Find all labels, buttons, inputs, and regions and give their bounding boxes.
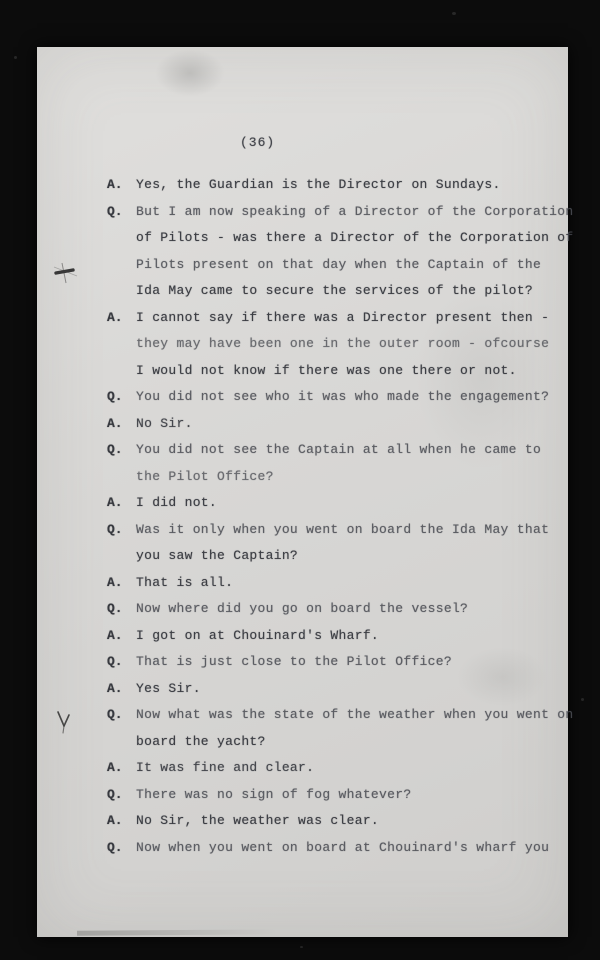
qa-entry: A. Yes Sir. xyxy=(107,676,557,703)
transcript-line: No Sir, the weather was clear. xyxy=(136,808,557,835)
smudge-mark-icon xyxy=(51,257,83,289)
qa-marker: Q. xyxy=(107,596,136,623)
qa-text: You did not see who it was who made the … xyxy=(136,384,557,411)
qa-entry: Q. Now where did you go on board the ves… xyxy=(107,596,557,623)
qa-entry: A. No Sir, the weather was clear. xyxy=(107,808,557,835)
qa-entry: A. I did not. xyxy=(107,490,557,517)
qa-entry: Q. That is just close to the Pilot Offic… xyxy=(107,649,557,676)
transcript-line: Now where did you go on board the vessel… xyxy=(136,596,557,623)
transcript-line: That is all. xyxy=(136,570,557,597)
qa-marker: A. xyxy=(107,411,136,438)
qa-text: Now what was the state of the weather wh… xyxy=(136,702,573,755)
qa-text: I cannot say if there was a Director pre… xyxy=(136,305,557,385)
qa-marker: A. xyxy=(107,305,136,385)
transcript-line: Now what was the state of the weather wh… xyxy=(136,702,573,729)
qa-entry: Q. You did not see the Captain at all wh… xyxy=(107,437,557,490)
qa-entry: A. It was fine and clear. xyxy=(107,755,557,782)
qa-text: Now when you went on board at Chouinard'… xyxy=(136,835,557,862)
transcript-line: Now when you went on board at Chouinard'… xyxy=(136,835,557,862)
background-speck xyxy=(581,698,584,701)
background-speck xyxy=(452,12,456,15)
qa-marker: Q. xyxy=(107,199,136,305)
transcript-line: You did not see who it was who made the … xyxy=(136,384,557,411)
qa-marker: Q. xyxy=(107,384,136,411)
transcript-line: Yes Sir. xyxy=(136,676,557,703)
qa-text: No Sir. xyxy=(136,411,557,438)
qa-text: That is just close to the Pilot Office? xyxy=(136,649,557,676)
transcript-line: you saw the Captain? xyxy=(136,543,557,570)
qa-marker: Q. xyxy=(107,835,136,862)
transcript-line: Ida May came to secure the services of t… xyxy=(136,278,573,305)
qa-marker: A. xyxy=(107,808,136,835)
transcript-line: You did not see the Captain at all when … xyxy=(136,437,557,464)
transcript-line: I got on at Chouinard's Wharf. xyxy=(136,623,557,650)
transcript-line: I would not know if there was one there … xyxy=(136,358,557,385)
qa-entry: A. That is all. xyxy=(107,570,557,597)
transcript-line: Pilots present on that day when the Capt… xyxy=(136,252,573,279)
transcript-line: board the yacht? xyxy=(136,729,573,756)
qa-marker: Q. xyxy=(107,782,136,809)
transcript-line: I did not. xyxy=(136,490,557,517)
transcript-line: It was fine and clear. xyxy=(136,755,557,782)
qa-marker: A. xyxy=(107,490,136,517)
qa-marker: Q. xyxy=(107,437,136,490)
qa-entry: Q. But I am now speaking of a Director o… xyxy=(107,199,557,305)
transcript-line: That is just close to the Pilot Office? xyxy=(136,649,557,676)
qa-marker: A. xyxy=(107,570,136,597)
qa-marker: A. xyxy=(107,755,136,782)
transcript-line: the Pilot Office? xyxy=(136,464,557,491)
qa-entry: A. I cannot say if there was a Director … xyxy=(107,305,557,385)
qa-entry: A. No Sir. xyxy=(107,411,557,438)
qa-text: Was it only when you went on board the I… xyxy=(136,517,557,570)
qa-entry: Q. Now when you went on board at Chouina… xyxy=(107,835,557,862)
qa-entry: Q. Was it only when you went on board th… xyxy=(107,517,557,570)
qa-text: Yes Sir. xyxy=(136,676,557,703)
qa-text: That is all. xyxy=(136,570,557,597)
background-speck xyxy=(300,946,303,948)
qa-text: Yes, the Guardian is the Director on Sun… xyxy=(136,172,557,199)
qa-text: There was no sign of fog whatever? xyxy=(136,782,557,809)
qa-entry: A. Yes, the Guardian is the Director on … xyxy=(107,172,557,199)
qa-text: I got on at Chouinard's Wharf. xyxy=(136,623,557,650)
qa-text: I did not. xyxy=(136,490,557,517)
qa-marker: Q. xyxy=(107,649,136,676)
transcript-line: Yes, the Guardian is the Director on Sun… xyxy=(136,172,557,199)
transcript-line: Was it only when you went on board the I… xyxy=(136,517,557,544)
qa-entry: A. I got on at Chouinard's Wharf. xyxy=(107,623,557,650)
qa-text: You did not see the Captain at all when … xyxy=(136,437,557,490)
transcript-line: of Pilots - was there a Director of the … xyxy=(136,225,573,252)
qa-marker: Q. xyxy=(107,702,136,755)
qa-text: But I am now speaking of a Director of t… xyxy=(136,199,573,305)
transcript-line: I cannot say if there was a Director pre… xyxy=(136,305,557,332)
qa-marker: A. xyxy=(107,676,136,703)
transcript-line: No Sir. xyxy=(136,411,557,438)
transcript-line: But I am now speaking of a Director of t… xyxy=(136,199,573,226)
page-edge-shadow xyxy=(77,929,277,935)
background-speck xyxy=(14,56,17,59)
page-number: (36) xyxy=(240,135,275,150)
qa-entry: Q. There was no sign of fog whatever? xyxy=(107,782,557,809)
qa-text: No Sir, the weather was clear. xyxy=(136,808,557,835)
qa-entry: Q. You did not see who it was who made t… xyxy=(107,384,557,411)
qa-text: It was fine and clear. xyxy=(136,755,557,782)
transcript-line: There was no sign of fog whatever? xyxy=(136,782,557,809)
qa-marker: Q. xyxy=(107,517,136,570)
check-mark-icon xyxy=(54,707,78,735)
document-page: (36) A. Yes, the Guardian is the Directo… xyxy=(37,47,568,937)
qa-text: Now where did you go on board the vessel… xyxy=(136,596,557,623)
paper-stain xyxy=(155,49,225,97)
transcript: A. Yes, the Guardian is the Director on … xyxy=(107,172,557,861)
transcript-line: they may have been one in the outer room… xyxy=(136,331,557,358)
qa-entry: Q. Now what was the state of the weather… xyxy=(107,702,557,755)
qa-marker: A. xyxy=(107,623,136,650)
qa-marker: A. xyxy=(107,172,136,199)
